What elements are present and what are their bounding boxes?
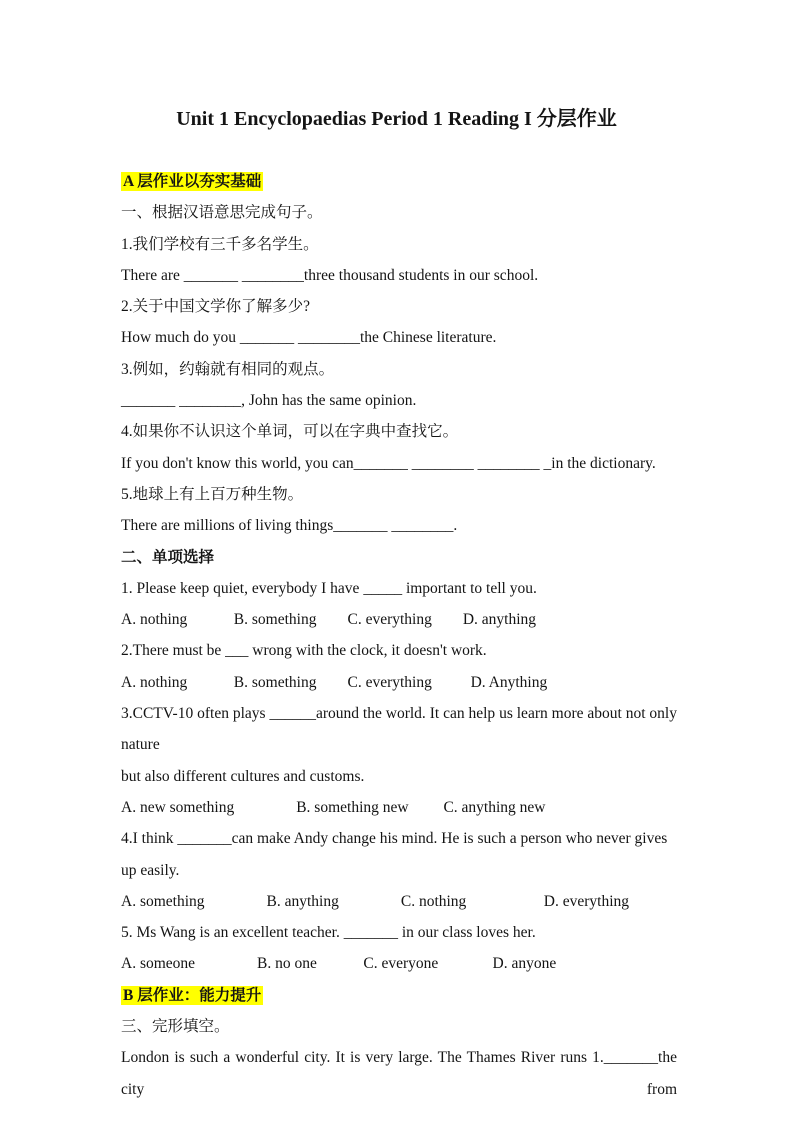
translation-item-cn: 2.关于中国文学你了解多少? — [121, 291, 677, 322]
part3-heading: 三、完形填空。 — [121, 1011, 677, 1042]
part2-heading: 二、单项选择 — [121, 542, 677, 573]
mc-question: 3.CCTV-10 often plays ______around the w… — [121, 698, 677, 761]
translation-item-en: There are millions of living things_____… — [121, 510, 677, 541]
translation-item-cn: 3.例如，约翰就有相同的观点。 — [121, 354, 677, 385]
mc-question: 2.There must be ___ wrong with the clock… — [121, 635, 677, 666]
section-b-header-line: B 层作业：能力提升 — [121, 980, 677, 1011]
cloze-passage: London is such a wonderful city. It is v… — [121, 1042, 677, 1105]
translation-item-cn: 1.我们学校有三千多名学生。 — [121, 229, 677, 260]
translation-item-en: There are _______ ________three thousand… — [121, 260, 677, 291]
mc-options: A. something B. anything C. nothing D. e… — [121, 886, 677, 917]
mc-question: 1. Please keep quiet, everybody I have _… — [121, 573, 677, 604]
section-a-header-line: A 层作业以夯实基础 — [121, 166, 677, 197]
translation-item-en: If you don't know this world, you can___… — [121, 448, 677, 479]
mc-question: 5. Ms Wang is an excellent teacher. ____… — [121, 917, 677, 948]
translation-item-en: How much do you _______ ________the Chin… — [121, 322, 677, 353]
worksheet-body: A 层作业以夯实基础 一、根据汉语意思完成句子。 1.我们学校有三千多名学生。 … — [121, 166, 677, 1105]
section-b-header: B 层作业：能力提升 — [121, 986, 263, 1005]
worksheet-page: Unit 1 Encyclopaedias Period 1 Reading I… — [0, 0, 793, 1122]
translation-item-cn: 5.地球上有上百万种生物。 — [121, 479, 677, 510]
section-a-header: A 层作业以夯实基础 — [121, 172, 263, 191]
translation-item-cn: 4.如果你不认识这个单词，可以在字典中查找它。 — [121, 416, 677, 447]
mc-options: A. nothing B. something C. everything D.… — [121, 604, 677, 635]
mc-question-continued: but also different cultures and customs. — [121, 761, 677, 792]
part1-heading: 一、根据汉语意思完成句子。 — [121, 197, 677, 228]
translation-item-en: _______ ________, John has the same opin… — [121, 385, 677, 416]
page-title: Unit 1 Encyclopaedias Period 1 Reading I… — [0, 102, 793, 131]
mc-options: A. someone B. no one C. everyone D. anyo… — [121, 948, 677, 979]
mc-options: A. nothing B. something C. everything D.… — [121, 667, 677, 698]
mc-question: 4.I think _______can make Andy change hi… — [121, 823, 677, 886]
mc-options: A. new something B. something new C. any… — [121, 792, 677, 823]
